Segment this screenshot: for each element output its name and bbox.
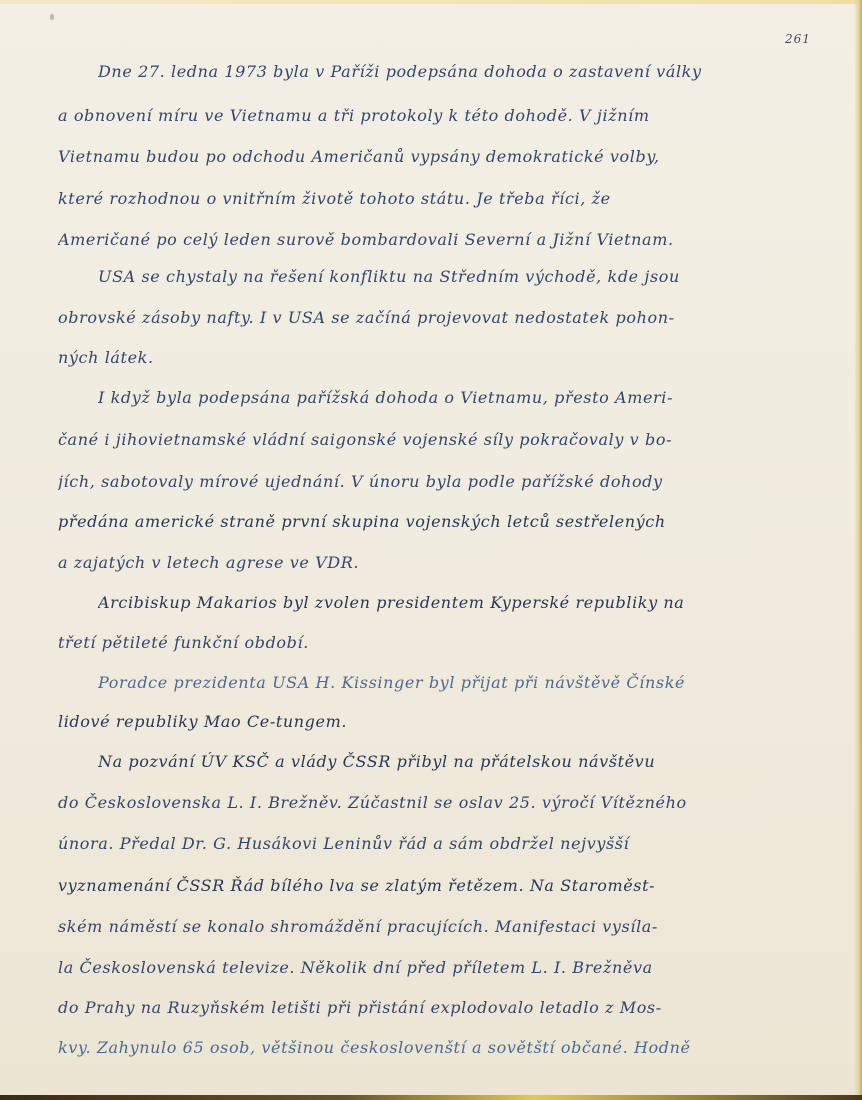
text-line: Američané po celý leden surově bombardov… — [58, 230, 798, 249]
text-line: do Československa L. I. Brežněv. Zúčastn… — [58, 793, 798, 812]
text-line: kvy. Zahynulo 65 osob, většinou českoslo… — [58, 1038, 798, 1057]
page-bottom-edge — [0, 1095, 862, 1100]
text-line: které rozhodnou o vnitřním životě tohoto… — [58, 189, 798, 208]
page-right-edge — [854, 0, 862, 1100]
document-page: 261 Dne 27. ledna 1973 byla v Paříži pod… — [0, 0, 862, 1100]
page-top-edge — [0, 0, 862, 4]
text-line: lidové republiky Mao Ce-tungem. — [58, 712, 798, 731]
text-line: ském náměstí se konalo shromáždění pracu… — [58, 917, 798, 936]
text-line: USA se chystaly na řešení konfliktu na S… — [98, 267, 798, 286]
text-line: Arcibiskup Makarios byl zvolen president… — [98, 593, 798, 612]
ink-spot — [50, 14, 54, 20]
text-line: obrovské zásoby nafty. I v USA se začíná… — [58, 308, 798, 327]
text-line: Vietnamu budou po odchodu Američanů vyps… — [58, 147, 798, 166]
text-line: a obnovení míru ve Vietnamu a tři protok… — [58, 106, 798, 125]
text-line: čané i jihovietnamské vládní saigonské v… — [58, 430, 798, 449]
text-line: Dne 27. ledna 1973 byla v Paříži podepsá… — [98, 62, 798, 81]
text-line: února. Předal Dr. G. Husákovi Leninův řá… — [58, 834, 798, 853]
text-line: Na pozvání ÚV KSČ a vlády ČSSR přibyl na… — [98, 752, 798, 771]
text-line: Poradce prezidenta USA H. Kissinger byl … — [98, 673, 798, 692]
text-line: la Československá televize. Několik dní … — [58, 958, 798, 977]
page-number: 261 — [785, 32, 811, 46]
text-line: předána americké straně první skupina vo… — [58, 512, 798, 531]
text-line: I když byla podepsána pařížská dohoda o … — [98, 388, 798, 407]
text-line: a zajatých v letech agrese ve VDR. — [58, 553, 798, 572]
text-line: vyznamenání ČSSR Řád bílého lva se zlatý… — [58, 876, 798, 895]
text-line: ných látek. — [58, 348, 798, 367]
text-line: třetí pětileté funkční období. — [58, 633, 798, 652]
text-line: jích, sabotovaly mírové ujednání. V únor… — [58, 472, 798, 491]
text-line: do Prahy na Ruzyňském letišti při přistá… — [58, 998, 798, 1017]
